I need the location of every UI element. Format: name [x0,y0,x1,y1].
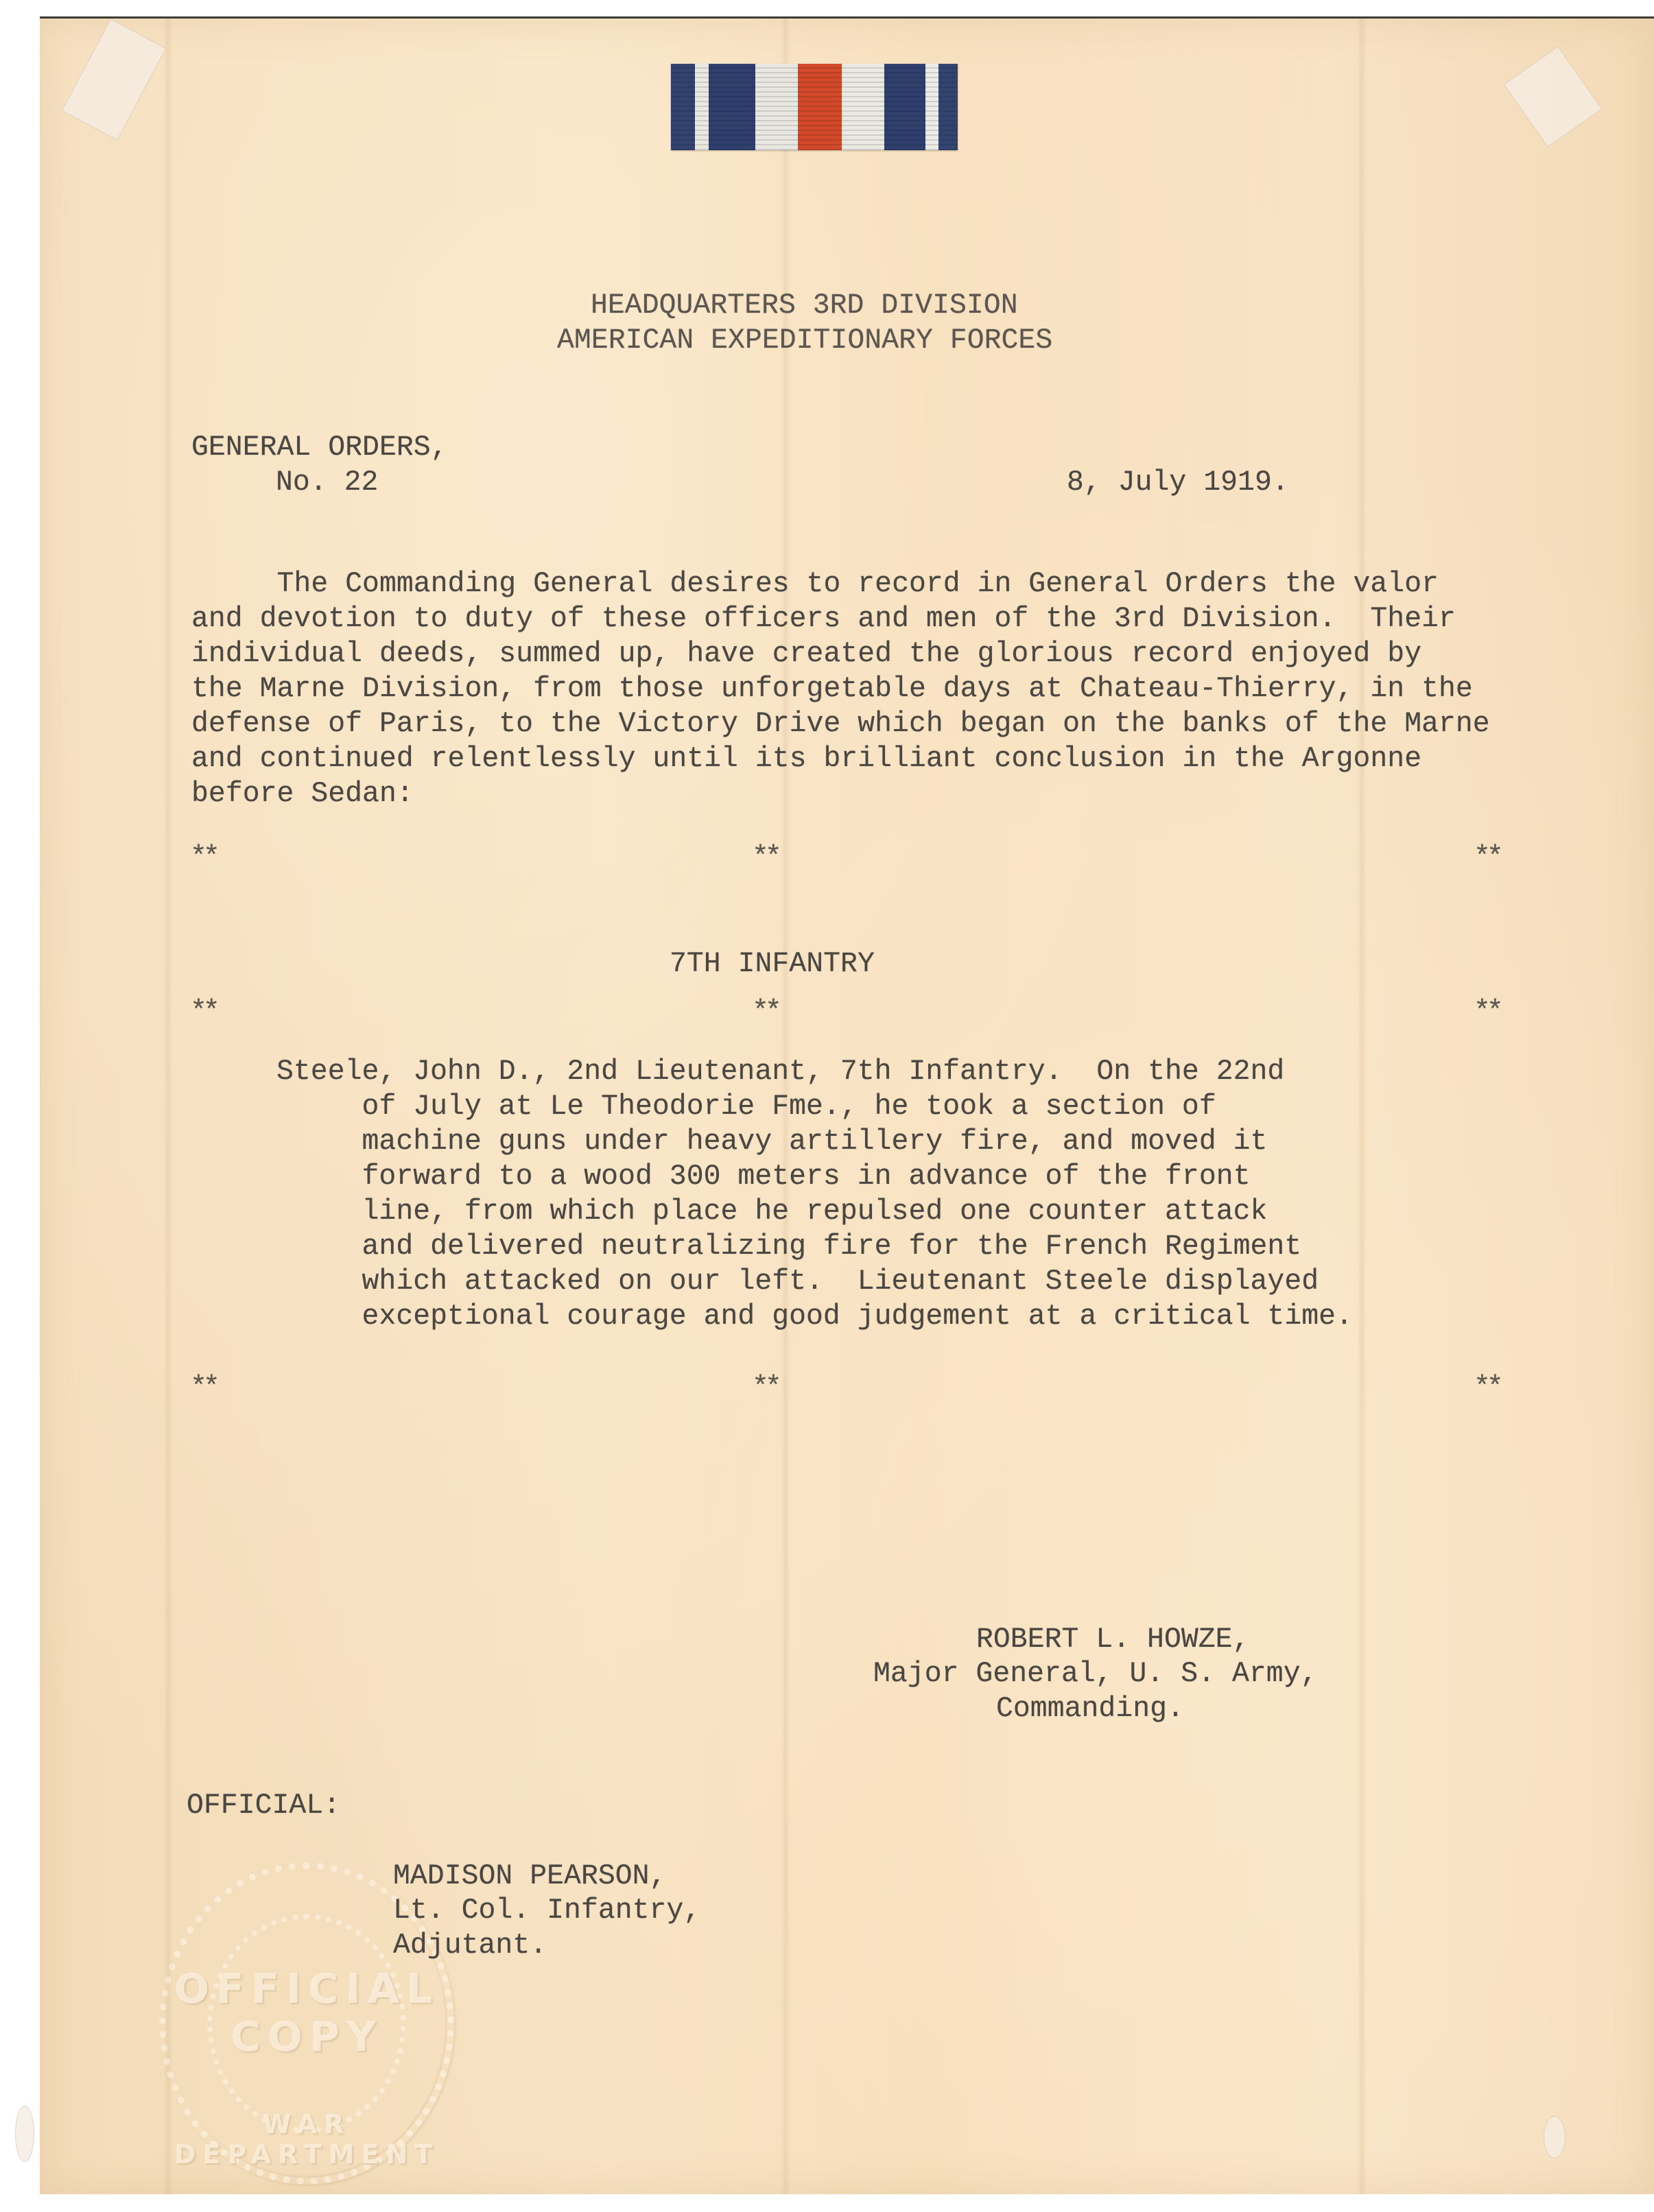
separator-left: ** [190,840,216,875]
adjutant-rank: Lt. Col. Infantry, [393,1893,700,1928]
order-number: No. 22 [276,465,378,500]
intro-line: defense of Paris, to the Victory Drive w… [191,706,1490,741]
separator-right: ** [1474,1370,1500,1405]
ribbon-stripe [842,64,884,150]
intro-paragraph: The Commanding General desires to record… [191,567,1490,811]
ribbon-stripe [925,64,938,150]
ribbon-stripe [798,64,842,150]
adjutant-name: MADISON PEARSON, [393,1859,666,1894]
intro-line: before Sedan: [191,776,1490,811]
ribbon-stripe [755,64,798,150]
ribbon-stripe [671,64,695,150]
ribbon-stripe [695,64,709,150]
citation-line: Steele, John D., 2nd Lieutenant, 7th Inf… [276,1054,1353,1089]
adjutant-role: Adjutant. [393,1928,547,1963]
separator-left: ** [190,1370,216,1405]
separator-left: ** [190,995,216,1030]
intro-line: individual deeds, summed up, have create… [191,637,1490,671]
separator-right: ** [1474,995,1500,1030]
separator-center: ** [752,1370,778,1405]
ribbon-stripe [709,64,755,150]
intro-line: The Commanding General desires to record… [191,567,1490,602]
citation-line: and delivered neutralizing fire for the … [276,1229,1353,1264]
separator-center: ** [752,995,778,1030]
citation-line: forward to a wood 300 meters in advance … [276,1159,1353,1194]
citation-line: line, from which place he repulsed one c… [276,1194,1353,1229]
official-label: OFFICIAL: [187,1788,340,1823]
citation-line: machine guns under heavy artillery fire,… [276,1124,1353,1159]
separator-right: ** [1474,840,1500,875]
intro-line: the Marne Division, from those unforgeta… [191,671,1490,706]
separator-center: ** [752,840,778,875]
intro-line: and devotion to duty of these officers a… [191,602,1490,637]
seal-ring-text: WAR DEPARTMENT [159,2109,454,2169]
citation-line: which attacked on our left. Lieutenant S… [276,1264,1353,1299]
tape-residue-bottom-left [15,2106,34,2162]
signatory-rank: Major General, U. S. Army, [873,1656,1318,1691]
unit-title: 7TH INFANTRY [670,947,875,982]
general-orders-label: GENERAL ORDERS, [191,430,448,465]
header-line-1: HEADQUARTERS 3RD DIVISION [591,288,1018,323]
intro-line: and continued relentlessly until its bri… [191,741,1490,776]
order-date: 8, July 1919. [1067,465,1289,500]
paper-crease [1357,19,1367,2194]
ribbon-stripe [884,64,925,150]
signatory-name: ROBERT L. HOWZE, [976,1622,1249,1657]
seal-center-text: OFFICIAL COPY [159,1965,454,2061]
ribbon-stripe [938,64,958,150]
citation-line: of July at Le Theodorie Fme., he took a … [276,1089,1353,1124]
paper-crease [163,19,173,2194]
signatory-role: Commanding. [996,1691,1184,1726]
citation-paragraph: Steele, John D., 2nd Lieutenant, 7th Inf… [276,1054,1353,1334]
tape-residue-bottom-right [1544,2116,1566,2159]
citation-line: exceptional courage and good judgement a… [276,1299,1353,1334]
medal-ribbon [671,64,958,150]
header-line-2: AMERICAN EXPEDITIONARY FORCES [557,323,1052,358]
